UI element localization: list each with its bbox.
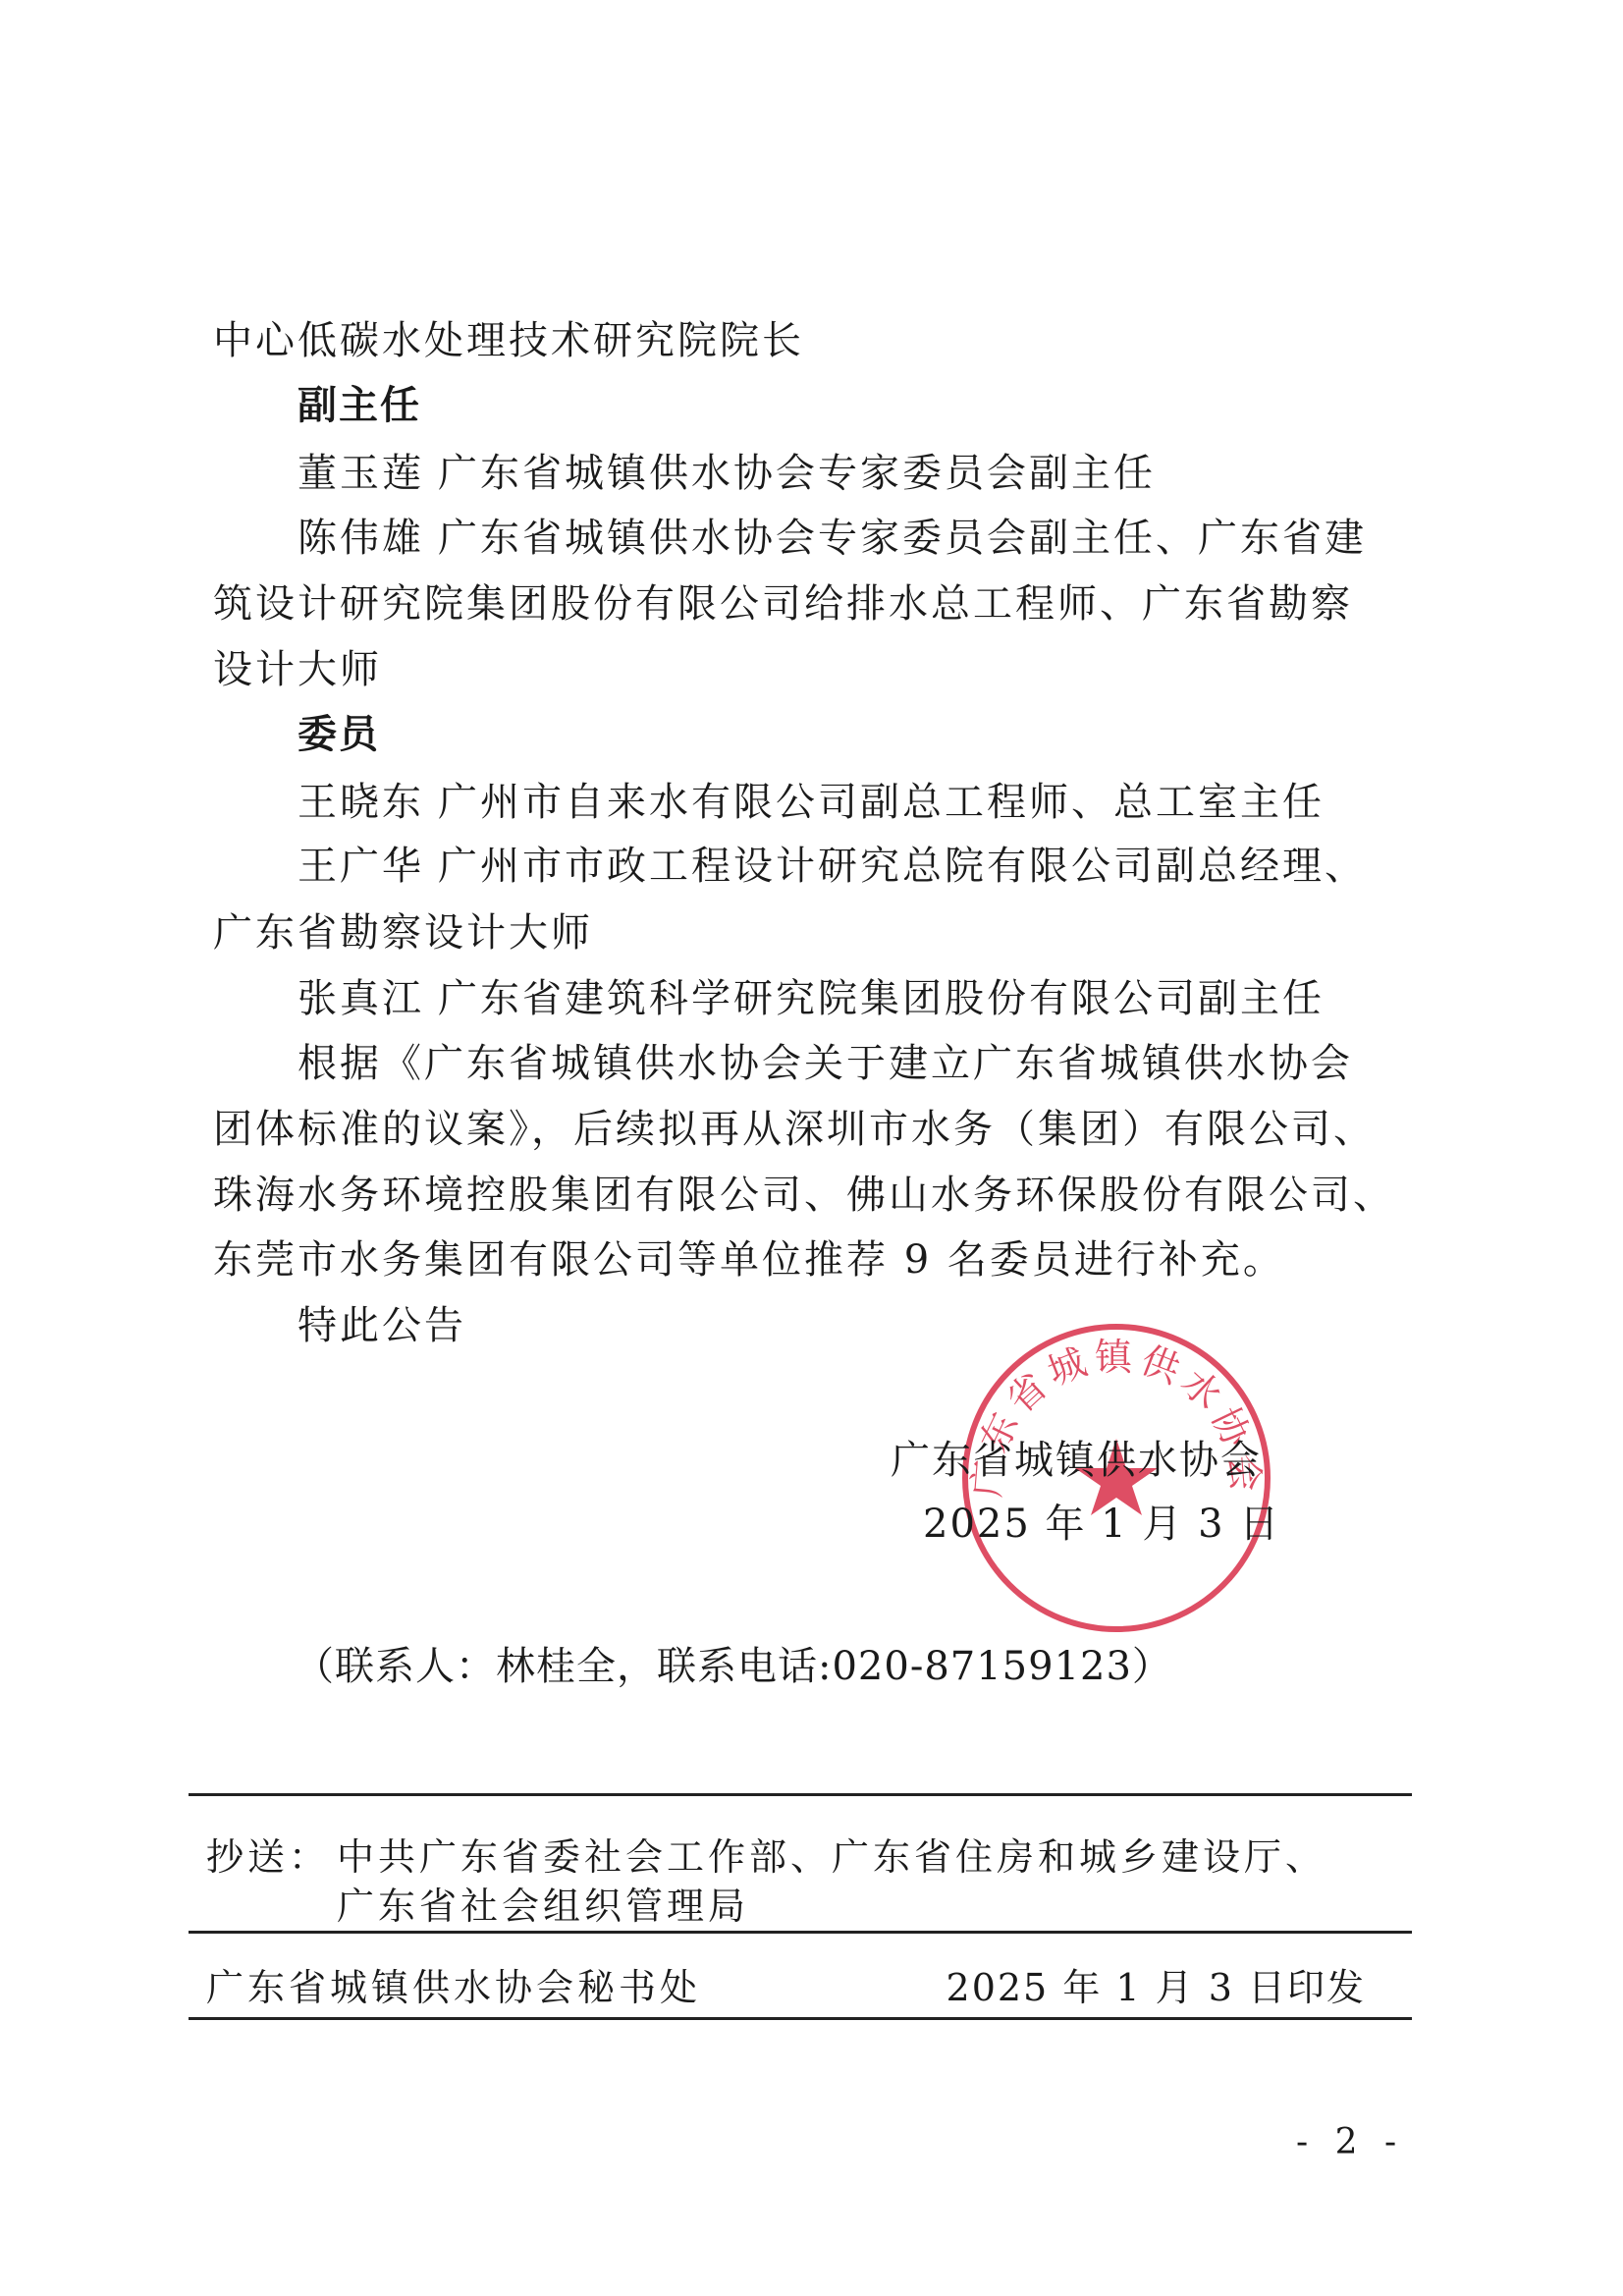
divider-middle xyxy=(189,1931,1412,1934)
member-entry: 陈伟雄广东省城镇供水协会专家委员会副主任、广东省建 xyxy=(298,515,1367,562)
line-text: 设计大师 xyxy=(213,647,382,692)
body-line: 东莞市水务集团有限公司等单位推荐 9 名委员进行补充。 xyxy=(213,1236,1285,1284)
issuer: 广东省城镇供水协会秘书处 xyxy=(206,1965,701,2010)
divider-bottom xyxy=(189,2017,1412,2020)
body-line: 珠海水务环境控股集团有限公司、佛山水务环保股份有限公司、 xyxy=(213,1172,1395,1219)
body-line: 筑设计研究院集团股份有限公司给排水总工程师、广东省勘察 xyxy=(213,580,1353,628)
body-line: 中心低碳水处理技术研究院院长 xyxy=(213,317,804,364)
member-title: 广东省城镇供水协会专家委员会副主任 xyxy=(438,451,1156,496)
cc-recipients-line2: 广东省社会组织管理局 xyxy=(337,1884,749,1929)
cc-recipients-line1: 中共广东省委社会工作部、广东省住房和城乡建设厅、 xyxy=(337,1834,1326,1880)
closing-line: 特此公告 xyxy=(298,1302,466,1349)
section-heading-vice-director: 副主任 xyxy=(298,382,421,429)
line-text: 珠海水务环境控股集团有限公司、佛山水务环保股份有限公司、 xyxy=(213,1173,1395,1218)
member-name: 董玉莲 xyxy=(298,451,424,496)
body-line: 广东省勘察设计大师 xyxy=(213,909,593,957)
line-text: 中心低碳水处理技术研究院院长 xyxy=(213,318,804,363)
line-text: 根据《广东省城镇供水协会关于建立广东省城镇供水协会 xyxy=(298,1041,1353,1086)
member-entry: 董玉莲广东省城镇供水协会专家委员会副主任 xyxy=(298,450,1156,497)
contact-info: （联系人：林桂全，联系电话:020-87159123） xyxy=(295,1643,1172,1690)
heading-text: 委员 xyxy=(298,712,380,757)
member-title: 广州市自来水有限公司副总工程师、总工室主任 xyxy=(438,780,1325,825)
divider-top xyxy=(189,1793,1412,1796)
document-page: 中心低碳水处理技术研究院院长 副主任 董玉莲广东省城镇供水协会专家委员会副主任 … xyxy=(0,0,1623,2296)
line-text: 特此公告 xyxy=(298,1303,466,1348)
body-line: 团体标准的议案》，后续拟再从深圳市水务（集团）有限公司、 xyxy=(213,1106,1376,1153)
body-line: 设计大师 xyxy=(213,646,382,693)
member-title: 广东省城镇供水协会专家委员会副主任、广东省建 xyxy=(438,516,1367,561)
line-text: 筑设计研究院集团股份有限公司给排水总工程师、广东省勘察 xyxy=(213,581,1353,627)
member-name: 陈伟雄 xyxy=(298,516,424,561)
member-entry: 王晓东广州市自来水有限公司副总工程师、总工室主任 xyxy=(298,779,1325,826)
date-text: 2025 年 1 月 3 日 xyxy=(923,1502,1280,1547)
member-name: 张真江 xyxy=(298,976,424,1021)
member-title: 广东省建筑科学研究院集团股份有限公司副主任 xyxy=(438,976,1325,1021)
member-name: 王晓东 xyxy=(298,780,424,825)
body-line: 根据《广东省城镇供水协会关于建立广东省城镇供水协会 xyxy=(298,1040,1353,1087)
cc-label: 抄送： xyxy=(206,1834,330,1880)
organization-name: 广东省城镇供水协会 xyxy=(891,1438,1262,1483)
section-heading-members: 委员 xyxy=(298,711,380,758)
line-text: 团体标准的议案》，后续拟再从深圳市水务（集团）有限公司、 xyxy=(213,1107,1376,1152)
member-entry: 王广华广州市市政工程设计研究总院有限公司副总经理、 xyxy=(298,843,1367,890)
member-title: 广州市市政工程设计研究总院有限公司副总经理、 xyxy=(438,844,1367,889)
heading-text: 副主任 xyxy=(298,383,421,428)
line-text: 东莞市水务集团有限公司等单位推荐 9 名委员进行补充。 xyxy=(213,1237,1285,1283)
signature-organization: 广东省城镇供水协会 xyxy=(891,1437,1262,1484)
member-name: 王广华 xyxy=(298,844,424,889)
issue-date: 2025 年 1 月 3 日印发 xyxy=(947,1965,1366,2010)
page-number: - 2 - xyxy=(1296,2121,1404,2164)
member-entry: 张真江广东省建筑科学研究院集团股份有限公司副主任 xyxy=(298,975,1325,1022)
signature-date: 2025 年 1 月 3 日 xyxy=(923,1501,1280,1548)
line-text: 广东省勘察设计大师 xyxy=(213,910,593,956)
